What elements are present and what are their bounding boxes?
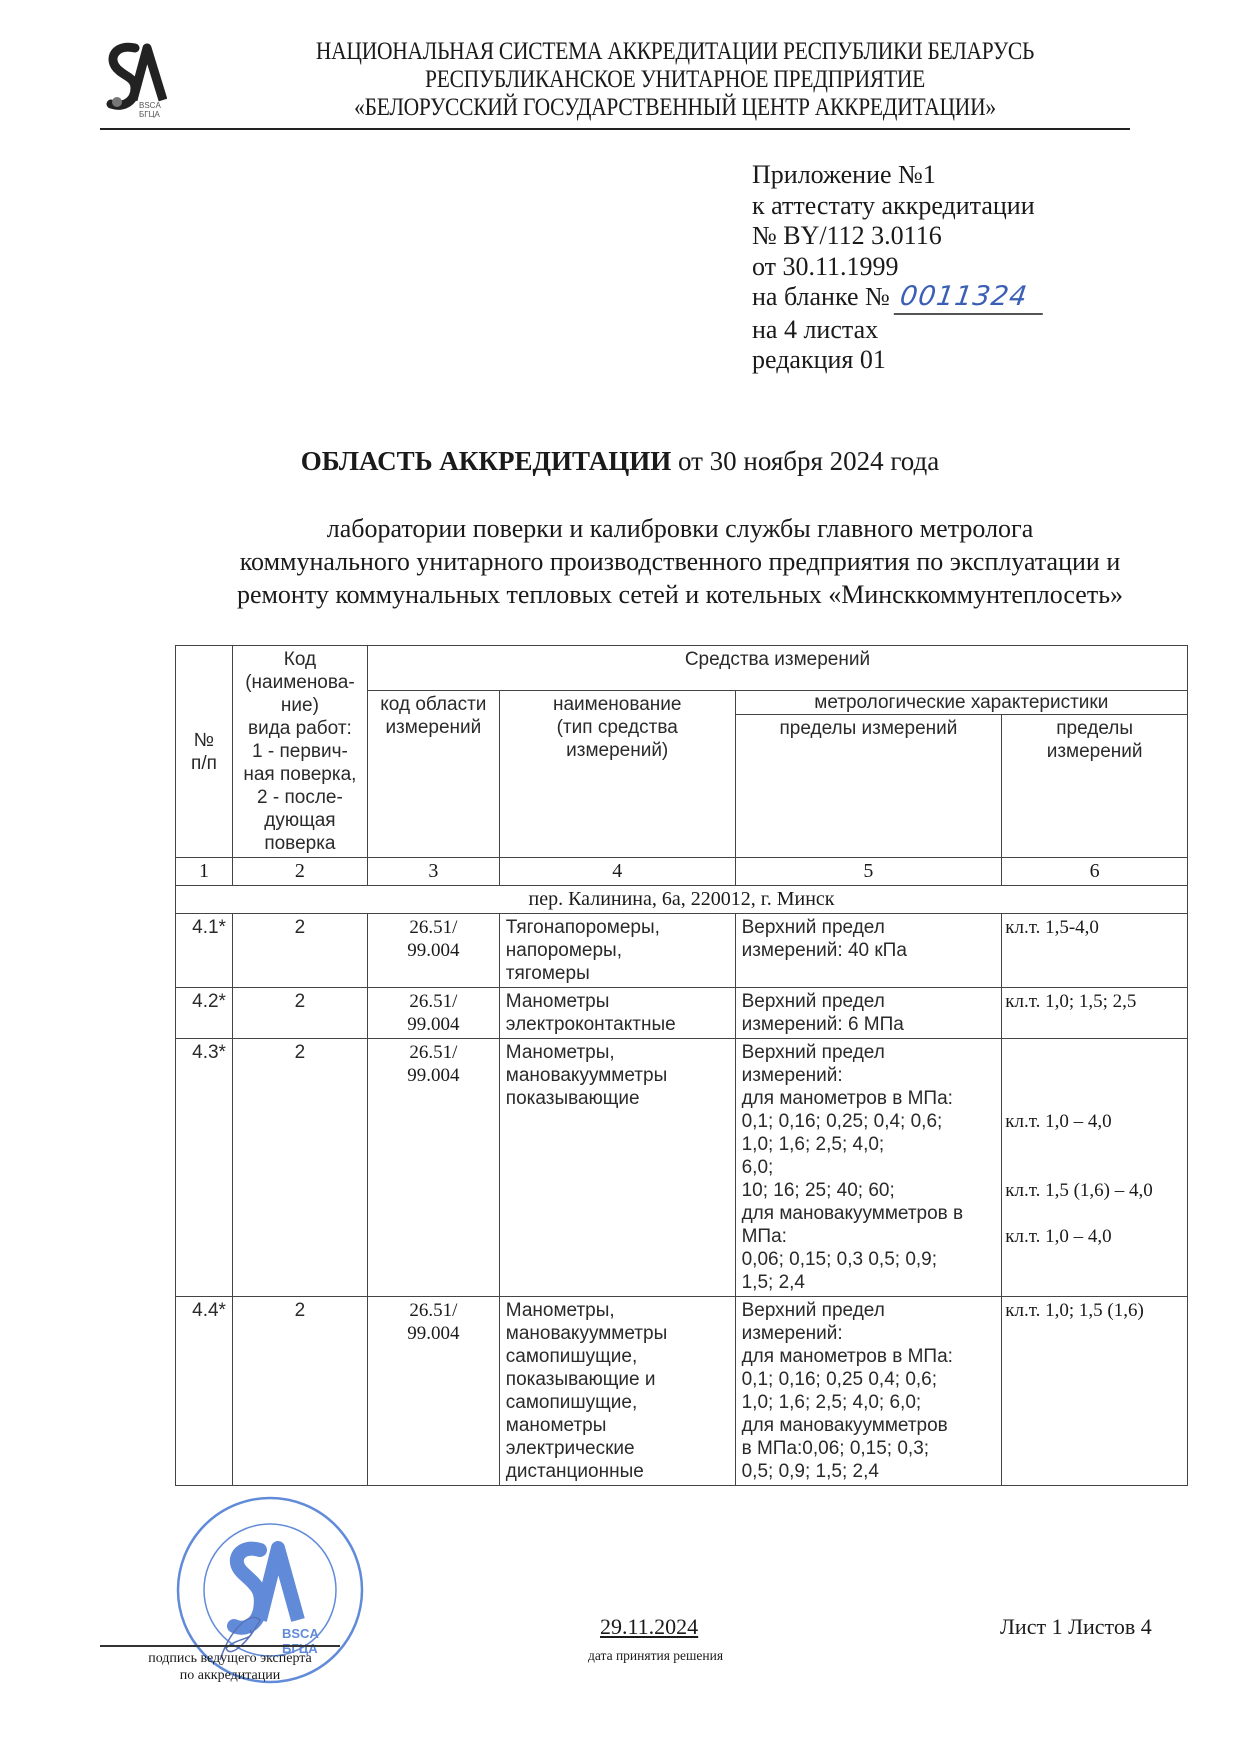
signature-line: [100, 1645, 340, 1647]
measurement-limits: Верхний предел измерений: для манометров…: [735, 1297, 1002, 1486]
laboratory-description: лаборатории поверки и калибровки службы …: [150, 512, 1210, 611]
header-limits-2: пределы измерений: [1002, 715, 1188, 858]
col-num-2: 2: [232, 858, 367, 886]
area-code: 26.51/ 99.004: [367, 988, 499, 1039]
blank-number-handwritten: 0011324: [894, 282, 1048, 315]
col-num-4: 4: [499, 858, 735, 886]
area-code: 26.51/ 99.004: [367, 1297, 499, 1486]
work-code: 2: [232, 1297, 367, 1486]
certificate-date: от 30.11.1999: [752, 252, 1046, 283]
subtitle-line-2: коммунального унитарного производственно…: [150, 545, 1210, 578]
appendix-title: Приложение №1: [752, 160, 1046, 191]
section-address-row: пер. Калинина, 6а, 220012, г. Минск: [176, 886, 1188, 914]
table-body: 4.1*226.51/ 99.004Тягонапоромеры, напоро…: [176, 914, 1188, 1486]
measurement-limits: Верхний предел измерений: для манометров…: [735, 1039, 1002, 1297]
header-row-1: № п/п Код (наименова- ние) вида работ: 1…: [176, 646, 1188, 691]
col-num-6: 6: [1002, 858, 1188, 886]
area-code: 26.51/ 99.004: [367, 914, 499, 988]
area-code: 26.51/ 99.004: [367, 1039, 499, 1297]
instrument-name: Тягонапоромеры, напоромеры, тягомеры: [499, 914, 735, 988]
instrument-name: Манометры электроконтактные: [499, 988, 735, 1039]
table-row: 4.4*226.51/ 99.004Манометры, мановакуумм…: [176, 1297, 1188, 1486]
header-limits: пределы измерений: [735, 715, 1002, 858]
header-line-3: «БЕЛОРУССКИЙ ГОСУДАРСТВЕННЫЙ ЦЕНТР АККРЕ…: [258, 94, 1092, 122]
table-row: 4.3*226.51/ 99.004Манометры, мановакуумм…: [176, 1039, 1188, 1297]
header-metrological: метрологические характеристики: [735, 691, 1187, 715]
column-number-row: 1 2 3 4 5 6: [176, 858, 1188, 886]
blank-label: на бланке №: [752, 282, 890, 311]
header-instruments: Средства измерений: [367, 646, 1187, 691]
revision: редакция 01: [752, 345, 1046, 376]
work-code: 2: [232, 988, 367, 1039]
table-row: 4.1*226.51/ 99.004Тягонапоромеры, напоро…: [176, 914, 1188, 988]
row-number: 4.3*: [176, 1039, 233, 1297]
work-code: 2: [232, 914, 367, 988]
decision-date: 29.11.2024: [600, 1614, 698, 1640]
header-line-2: РЕСПУБЛИКАНСКОЕ УНИТАРНОЕ ПРЕДПРИЯТИЕ: [258, 66, 1092, 94]
header-divider: [100, 128, 1130, 130]
signature-label: подпись ведущего эксперта по аккредитаци…: [110, 1650, 350, 1684]
sheet-count: на 4 листах: [752, 315, 1046, 346]
subtitle-line-3: ремонту коммунальных тепловых сетей и ко…: [150, 578, 1210, 611]
sheet-number: Лист 1 Листов 4: [1000, 1614, 1152, 1640]
header-num: № п/п: [176, 646, 233, 858]
accuracy-class: кл.т. 1,0; 1,5 (1,6): [1002, 1297, 1188, 1486]
instrument-name: Манометры, мановакуумметры показывающие: [499, 1039, 735, 1297]
row-number: 4.4*: [176, 1297, 233, 1486]
header-instrument-name: наименование (тип средства измерений): [499, 691, 735, 858]
subtitle-line-1: лаборатории поверки и калибровки службы …: [150, 512, 1210, 545]
header-area-code: код области измерений: [367, 691, 499, 858]
row-number: 4.2*: [176, 988, 233, 1039]
sa-logo-icon: BSCA БГЦА: [105, 42, 167, 118]
measurement-limits: Верхний предел измерений: 6 МПа: [735, 988, 1002, 1039]
appendix-block: Приложение №1 к аттестату аккредитации №…: [752, 160, 1046, 376]
appendix-certificate: к аттестату аккредитации: [752, 191, 1046, 222]
blank-line: на бланке № 0011324: [752, 282, 1046, 315]
col-num-3: 3: [367, 858, 499, 886]
col-num-1: 1: [176, 858, 233, 886]
svg-text:БГЦА: БГЦА: [139, 110, 161, 118]
row-number: 4.1*: [176, 914, 233, 988]
document-title: ОБЛАСТЬ АККРЕДИТАЦИИ от 30 ноября 2024 г…: [0, 446, 1240, 477]
title-bold: ОБЛАСТЬ АККРЕДИТАЦИИ: [301, 446, 671, 476]
decision-date-label: дата принятия решения: [588, 1648, 723, 1664]
col-num-5: 5: [735, 858, 1002, 886]
accuracy-class: кл.т. 1,0 – 4,0 кл.т. 1,5 (1,6) – 4,0 кл…: [1002, 1039, 1188, 1297]
header-work-code: Код (наименова- ние) вида работ: 1 - пер…: [232, 646, 367, 858]
bsca-logo: BSCA БГЦА: [105, 42, 167, 118]
instrument-name: Манометры, мановакуумметры самопишущие, …: [499, 1297, 735, 1486]
accreditation-scope-table: № п/п Код (наименова- ние) вида работ: 1…: [175, 645, 1188, 1486]
title-date: от 30 ноября 2024 года: [671, 446, 939, 476]
svg-text:BSCA: BSCA: [139, 101, 161, 110]
org-header: НАЦИОНАЛЬНАЯ СИСТЕМА АККРЕДИТАЦИИ РЕСПУБ…: [258, 38, 1092, 122]
certificate-number: № BY/112 3.0116: [752, 221, 1046, 252]
svg-text:BSCA: BSCA: [282, 1626, 319, 1641]
header-line-1: НАЦИОНАЛЬНАЯ СИСТЕМА АККРЕДИТАЦИИ РЕСПУБ…: [258, 38, 1092, 66]
accuracy-class: кл.т. 1,5-4,0: [1002, 914, 1188, 988]
accuracy-class: кл.т. 1,0; 1,5; 2,5: [1002, 988, 1188, 1039]
table-row: 4.2*226.51/ 99.004Манометры электроконта…: [176, 988, 1188, 1039]
work-code: 2: [232, 1039, 367, 1297]
measurement-limits: Верхний предел измерений: 40 кПа: [735, 914, 1002, 988]
section-address: пер. Калинина, 6а, 220012, г. Минск: [176, 886, 1188, 914]
